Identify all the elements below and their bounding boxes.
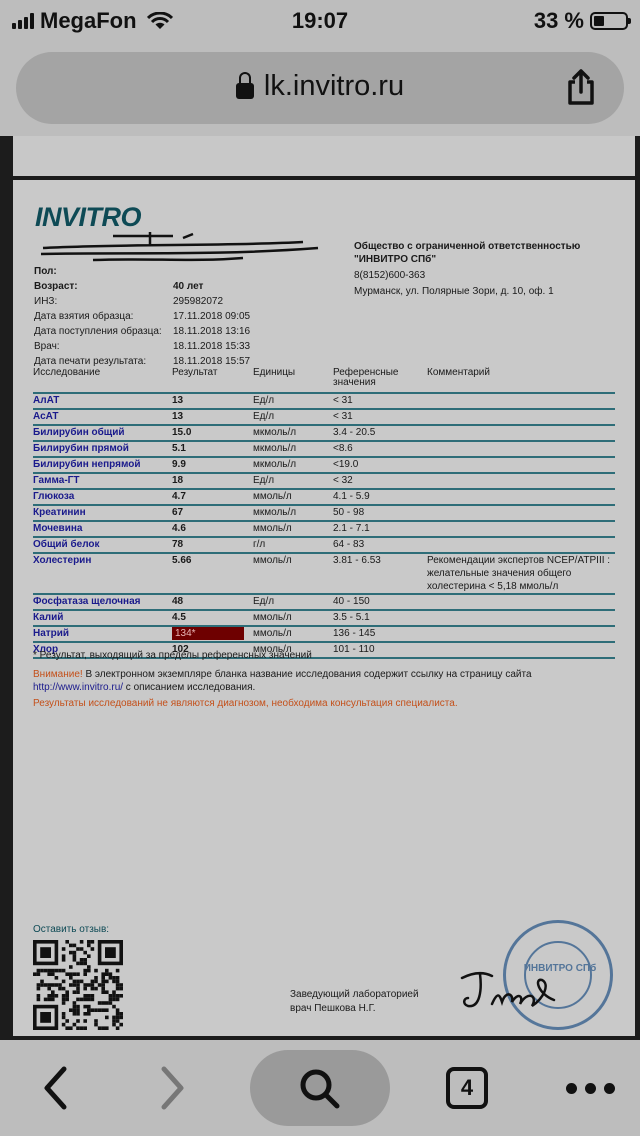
org-address: Мурманск, ул. Полярные Зори, д. 10, оф. … — [354, 285, 580, 298]
patient-field: Врач:18.11.2018 15:33 — [34, 339, 250, 354]
test-comment — [427, 473, 615, 489]
test-reference: 3.5 - 5.1 — [333, 610, 427, 626]
test-name[interactable]: Билирубин общий — [33, 425, 172, 441]
test-name[interactable]: АлАТ — [33, 393, 172, 409]
previous-page: стр.1 из 1 — [13, 136, 635, 176]
out-of-range-flag: 134* — [172, 627, 244, 640]
test-name[interactable]: Билирубин непрямой — [33, 457, 172, 473]
field-value: 295982072 — [173, 294, 223, 309]
patient-field: Возраст:40 лет — [34, 279, 250, 294]
address-bar[interactable]: lk.invitro.ru — [16, 52, 624, 124]
browser-toolbar: 4 — [0, 1040, 640, 1136]
test-comment — [427, 505, 615, 521]
test-unit: мкмоль/л — [253, 505, 333, 521]
redaction-scribble — [33, 232, 333, 268]
search-button[interactable] — [250, 1050, 390, 1126]
test-result: 18 — [172, 473, 253, 489]
field-label: Врач: — [34, 339, 173, 354]
table-row: Натрий134*ммоль/л136 - 145 — [33, 626, 615, 642]
test-result: 13 — [172, 409, 253, 425]
warning-text: В электронном экземпляре бланка название… — [83, 669, 532, 680]
table-row: Мочевина4.6ммоль/л2.1 - 7.1 — [33, 521, 615, 537]
organization-info: Общество с ограниченной ответственностью… — [354, 240, 580, 298]
test-result: 5.1 — [172, 441, 253, 457]
disclaimer: Результаты исследований не являются диаг… — [33, 698, 458, 709]
test-unit: г/л — [253, 537, 333, 553]
column-header: Единицы — [253, 368, 333, 393]
test-unit: мкмоль/л — [253, 441, 333, 457]
test-comment — [427, 610, 615, 626]
status-bar: MegaFon 19:07 33 % — [0, 0, 640, 44]
table-row: АлАТ13Ед/л< 31 — [33, 393, 615, 409]
signature — [458, 960, 558, 1020]
test-unit: мкмоль/л — [253, 457, 333, 473]
table-row: Глюкоза4.7ммоль/л4.1 - 5.9 — [33, 489, 615, 505]
field-value: 18.11.2018 13:16 — [173, 324, 250, 339]
test-unit: ммоль/л — [253, 553, 333, 594]
table-row: Гамма-ГТ18Ед/л< 32 — [33, 473, 615, 489]
field-value: 17.11.2018 09:05 — [173, 309, 250, 324]
test-name[interactable]: АсАТ — [33, 409, 172, 425]
test-name[interactable]: Креатинин — [33, 505, 172, 521]
test-comment — [427, 594, 615, 610]
test-unit: ммоль/л — [253, 521, 333, 537]
lock-icon — [236, 83, 254, 99]
test-comment — [427, 441, 615, 457]
table-row: Холестерин5.66ммоль/л3.81 - 6.53Рекоменд… — [33, 553, 615, 594]
warning-label: Внимание! — [33, 669, 83, 680]
test-reference: 136 - 145 — [333, 626, 427, 642]
table-row: АсАТ13Ед/л< 31 — [33, 409, 615, 425]
test-result: 4.6 — [172, 521, 253, 537]
column-header: Комментарий — [427, 368, 615, 393]
table-row: Билирубин общий15.0мкмоль/л3.4 - 20.5 — [33, 425, 615, 441]
chevron-left-icon — [42, 1065, 68, 1111]
qr-code[interactable] — [33, 940, 123, 1030]
more-button[interactable] — [560, 1050, 620, 1126]
test-unit: Ед/л — [253, 393, 333, 409]
warning-note: Внимание! В электронном экземпляре бланк… — [33, 668, 613, 694]
search-icon — [297, 1066, 343, 1112]
field-label: Пол: — [34, 264, 173, 279]
test-reference: 3.81 - 6.53 — [333, 553, 427, 594]
test-reference: 50 - 98 — [333, 505, 427, 521]
table-row: Билирубин непрямой9.9мкмоль/л<19.0 — [33, 457, 615, 473]
report-page: INVITRO Пол:Возраст:40 летИНЗ:295982072Д… — [13, 180, 635, 1036]
status-right: 33 % — [534, 8, 628, 34]
test-reference: 4.1 - 5.9 — [333, 489, 427, 505]
test-name[interactable]: Холестерин — [33, 553, 172, 594]
battery-percent: 33 % — [534, 8, 584, 34]
test-result: 5.66 — [172, 553, 253, 594]
table-row: Креатинин67мкмоль/л50 - 98 — [33, 505, 615, 521]
footnote: * Результат, выходящий за пределы рефере… — [33, 650, 312, 661]
test-unit: Ед/л — [253, 473, 333, 489]
patient-field: ИНЗ:295982072 — [34, 294, 250, 309]
org-name-1: Общество с ограниченной ответственностью — [354, 240, 580, 253]
test-result: 78 — [172, 537, 253, 553]
test-result: 4.7 — [172, 489, 253, 505]
field-label: Возраст: — [34, 279, 173, 294]
column-header: Исследование — [33, 368, 172, 393]
test-result: 9.9 — [172, 457, 253, 473]
test-result: 4.5 — [172, 610, 253, 626]
url-text[interactable]: lk.invitro.ru — [264, 70, 404, 103]
test-comment — [427, 521, 615, 537]
test-reference: 3.4 - 20.5 — [333, 425, 427, 441]
browser-header: lk.invitro.ru — [0, 44, 640, 136]
test-result: 13 — [172, 393, 253, 409]
table-row: Билирубин прямой5.1мкмоль/л<8.6 — [33, 441, 615, 457]
chevron-right-icon — [160, 1065, 186, 1111]
patient-info: Пол:Возраст:40 летИНЗ:295982072Дата взят… — [34, 264, 250, 369]
test-reference: < 31 — [333, 409, 427, 425]
field-value: 40 лет — [173, 279, 203, 294]
test-comment: Рекомендации экспертов NCEP/ATPIII : жел… — [427, 553, 615, 594]
patient-field: Дата взятия образца:17.11.2018 09:05 — [34, 309, 250, 324]
test-reference: < 32 — [333, 473, 427, 489]
test-comment — [427, 393, 615, 409]
warning-tail: с описанием исследования. — [123, 682, 255, 693]
test-reference: 40 - 150 — [333, 594, 427, 610]
tabs-icon: 4 — [446, 1067, 488, 1109]
test-comment — [427, 409, 615, 425]
battery-icon — [590, 12, 628, 30]
field-label: Дата взятия образца: — [34, 309, 173, 324]
field-value: 18.11.2018 15:33 — [173, 339, 250, 354]
test-unit: ммоль/л — [253, 489, 333, 505]
test-reference: 64 - 83 — [333, 537, 427, 553]
table-row: Калий4.5ммоль/л3.5 - 5.1 — [33, 610, 615, 626]
table-row: Общий белок78г/л64 - 83 — [33, 537, 615, 553]
share-icon[interactable] — [566, 68, 596, 106]
test-reference: < 31 — [333, 393, 427, 409]
test-name[interactable]: Калий — [33, 610, 172, 626]
invitro-link[interactable]: http://www.invitro.ru/ — [33, 682, 123, 693]
org-name-2: "ИНВИТРО СПб" — [354, 253, 580, 266]
test-comment — [427, 489, 615, 505]
test-result: 134* — [172, 626, 253, 642]
results-table: ИсследованиеРезультатЕдиницыРеференсные … — [33, 368, 615, 659]
column-header: Результат — [172, 368, 253, 393]
test-unit: мкмоль/л — [253, 425, 333, 441]
more-icon — [566, 1083, 615, 1094]
test-result: 67 — [172, 505, 253, 521]
invitro-logo: INVITRO — [35, 202, 141, 233]
test-comment — [427, 537, 615, 553]
lab-head-name: врач Пешкова Н.Г. — [290, 1002, 419, 1016]
test-result: 15.0 — [172, 425, 253, 441]
lab-head-title: Заведующий лабораторией — [290, 988, 419, 1002]
test-name[interactable]: Натрий — [33, 626, 172, 642]
test-comment — [427, 425, 615, 441]
column-header: Референсные значения — [333, 368, 427, 393]
patient-field: Пол: — [34, 264, 250, 279]
test-unit: Ед/л — [253, 594, 333, 610]
test-name[interactable]: Глюкоза — [33, 489, 172, 505]
test-reference: <19.0 — [333, 457, 427, 473]
org-phone: 8(8152)600-363 — [354, 269, 580, 282]
test-reference: 101 - 110 — [333, 642, 427, 658]
back-button[interactable] — [30, 1050, 80, 1126]
test-result: 48 — [172, 594, 253, 610]
test-reference: 2.1 - 7.1 — [333, 521, 427, 537]
forward-button[interactable] — [148, 1050, 198, 1126]
test-comment — [427, 457, 615, 473]
test-comment — [427, 626, 615, 642]
test-unit: ммоль/л — [253, 610, 333, 626]
tabs-count: 4 — [461, 1075, 473, 1101]
test-unit: Ед/л — [253, 409, 333, 425]
pdf-viewport[interactable]: стр.1 из 1 INVITRO Пол:Возраст:40 летИНЗ… — [0, 136, 640, 1036]
patient-field: Дата поступления образца:18.11.2018 13:1… — [34, 324, 250, 339]
test-reference: <8.6 — [333, 441, 427, 457]
field-label: Дата поступления образца: — [34, 324, 173, 339]
test-unit: ммоль/л — [253, 626, 333, 642]
test-name[interactable]: Фосфатаза щелочная — [33, 594, 172, 610]
tabs-button[interactable]: 4 — [440, 1050, 494, 1126]
test-name[interactable]: Билирубин прямой — [33, 441, 172, 457]
test-comment — [427, 642, 615, 658]
test-name[interactable]: Мочевина — [33, 521, 172, 537]
lab-head: Заведующий лабораторией врач Пешкова Н.Г… — [290, 988, 419, 1016]
feedback-label: Оставить отзыв: — [33, 924, 109, 935]
test-name[interactable]: Гамма-ГТ — [33, 473, 172, 489]
test-name[interactable]: Общий белок — [33, 537, 172, 553]
table-row: Фосфатаза щелочная48Ед/л40 - 150 — [33, 594, 615, 610]
field-label: ИНЗ: — [34, 294, 173, 309]
